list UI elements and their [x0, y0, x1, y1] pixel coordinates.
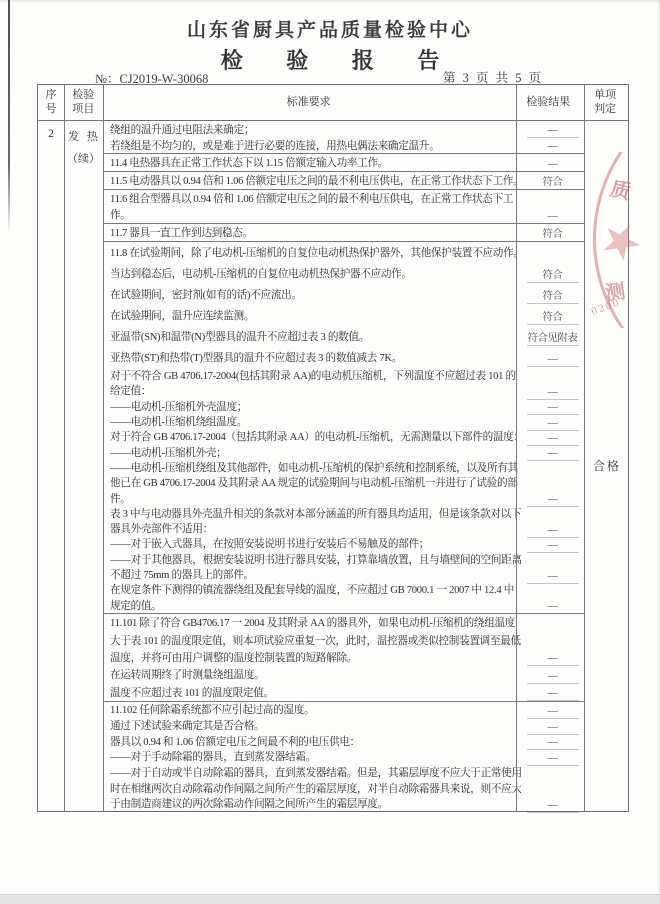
inspection-item-continued: （续）	[64, 144, 103, 166]
requirement-line: 表 3 中与电动器具外壳温升相关的条款对本部分涵盖的所有器具均适用，但是该条款对…	[103, 506, 584, 521]
header-inspection-item-line2: 项目	[72, 103, 94, 117]
result-value: 符合	[527, 266, 579, 283]
requirement-line: 他已在 GB 4706.17-2004 及其附录 AA 规定的试验期间与电动机-…	[103, 475, 584, 490]
requirement-line: 11.7 器具一直工作到达到稳态。符合	[103, 224, 584, 241]
requirement-text: 亚温带(SN)和温带(N)型器具的温升不应超过表 3 的数值。	[103, 329, 521, 344]
requirement-line: 11.6 组合型器具以 0.94 倍和 1.06 倍额定电压之间的最不利电压供电…	[103, 190, 584, 207]
requirement-text: 在规定条件下测得的镇流器绕组及配套导线的温度，不应超过 GB 7000.1 一 …	[103, 582, 521, 597]
result-value: 符合见附表	[527, 329, 579, 346]
requirement-line: 温度，并将可由用户调整的温度控制装置的短路解除。—	[103, 649, 584, 666]
result-value: 符合	[527, 173, 579, 190]
requirement-text: 绕组的温升通过电阻法来确定；	[103, 122, 521, 137]
requirement-text: 11.7 器具一直工作到达到稳态。	[103, 225, 521, 240]
result-cell	[521, 190, 584, 207]
header-standard-requirement: 标准要求	[103, 85, 515, 120]
result-value: 符合	[527, 225, 579, 242]
requirement-block: 11.4 电热器具在正常工作状态下以 1.15 倍额定输入功率工作。—	[103, 154, 584, 172]
requirement-text: 11.101 除了符合 GB4706.17 一 2004 及其附录 AA 的器具…	[103, 615, 521, 630]
result-value	[527, 516, 579, 517]
result-cell: 符合	[521, 286, 584, 304]
header-item-verdict: 单项 判定	[582, 85, 628, 120]
result-value	[527, 379, 579, 380]
requirement-text: 规定的值。	[103, 598, 521, 613]
requirement-line: 11.101 除了符合 GB4706.17 一 2004 及其附录 AA 的器具…	[103, 614, 584, 631]
requirement-line: 11.102 任何除霜系统都不应引起过高的湿度。—	[103, 702, 584, 718]
result-cell: 符合	[521, 172, 584, 190]
result-cell: —	[521, 795, 584, 813]
requirement-line: 对于不符合 GB 4706.17-2004(包括其附录 AA)的电动机压缩机，下…	[103, 368, 584, 383]
requirement-line: ——电动机-压缩机绕组温度。—	[103, 414, 584, 429]
requirement-line: 时在相继两次自动除霜动作间隔之间所产生的霜层厚度，对半自动除霜器具来说，则不应大	[103, 780, 584, 796]
inspection-table: 序 号 检验 项目 标准要求 检验结果 单项 判定 2 发 热 （续）	[37, 84, 629, 812]
result-value	[527, 776, 579, 777]
requirement-block: 绕组的温升通过电阻法来确定；—若绕组是不均匀的，或是难于进行必要的连接，用热电偶…	[103, 121, 584, 154]
requirement-text: 对于不符合 GB 4706.17-2004(包括其附录 AA)的电动机压缩机，下…	[103, 368, 521, 383]
scanned-report-page: 山东省厨具产品质量检验中心 检 验 报 告 №：CJ2019-W-30068 第…	[0, 0, 660, 904]
requirement-line: 器具以 0.94 和 1.06 倍额定电压之间最不利的电压供电：—	[103, 733, 584, 749]
requirement-text: 若绕组是不均匀的，或是难于进行必要的连接，用热电偶法来确定温升。	[103, 138, 521, 153]
result-cell	[521, 614, 584, 632]
header-inspection-result: 检验结果	[514, 85, 582, 120]
requirement-block: 11.7 器具一直工作到达到稳态。符合	[103, 224, 584, 242]
inspection-item-name: 发 热	[64, 121, 103, 144]
requirement-text: 对于符合 GB 4706.17-2004（包括其附录 AA）的电动机-压缩机，无…	[103, 429, 521, 444]
requirement-line: 在试验期间，密封剂(如有的话)不应流出。符合	[103, 284, 584, 305]
requirement-line: 通过下述试验来确定其是否合格。—	[103, 718, 584, 734]
requirement-text: 不超过 75mm 的器具上的部件。	[103, 567, 521, 582]
serial-no-cell: 2	[38, 121, 64, 140]
requirement-line: 对于符合 GB 4706.17-2004（包括其附录 AA）的电动机-压缩机，无…	[103, 429, 584, 444]
requirement-text: 在试验期间，温升应连续监测。	[103, 308, 521, 323]
requirement-text: 11.5 电动器具以 0.94 倍和 1.06 倍额定电压之间的最不利电压供电，…	[103, 173, 521, 188]
result-cell: —	[521, 666, 584, 684]
header-inspection-item: 检验 项目	[64, 85, 103, 120]
table-body: 2 发 热 （续） 绕组的温升通过电阻法来确定；—若绕组是不均匀的，或是难于进行…	[38, 121, 628, 813]
result-cell: —	[521, 154, 584, 172]
header-item-verdict-line1: 单项	[594, 89, 616, 103]
result-value	[527, 643, 579, 644]
header-inspection-item-line1: 检验	[72, 89, 94, 103]
requirement-line: ——对于嵌入式器具，在按照安装说明书进行安装后不易触及的部件；—	[103, 536, 584, 551]
result-cell: —	[521, 648, 584, 666]
requirement-text: 器具以 0.94 和 1.06 倍额定电压之间最不利的电压供电：	[103, 734, 521, 749]
requirement-block: 对于不符合 GB 4706.17-2004(包括其附录 AA)的电动机压缩机，下…	[103, 368, 584, 614]
header-serial-no: 序 号	[38, 85, 64, 120]
requirement-line: 若绕组是不均匀的，或是难于进行必要的连接，用热电偶法来确定温升。—	[103, 137, 584, 153]
requirement-text: 大于表 101 的温度限定值，则本项试验应重复一次，此时，温控器或类似控制装置调…	[103, 633, 521, 648]
requirement-line: 不超过 75mm 的器具上的部件。—	[103, 567, 584, 582]
requirement-line: ——电动机-压缩机绕组及其他部件，如电动机-压缩机的保护系统和控制系统，以及所有…	[103, 460, 584, 475]
result-value	[527, 791, 579, 792]
requirement-text: 11.6 组合型器具以 0.94 倍和 1.06 倍额定电压之间的最不利电压供电…	[103, 191, 521, 206]
requirement-block: 11.8 在试验期间，除了电动机-压缩机的自复位电动机热保护器外，其他保护装置不…	[103, 242, 584, 368]
requirement-text: ——对于自动或半自动除霜的器具，直到蒸发器结霜。但是，其霜层厚度不应大于正常使用	[103, 765, 521, 780]
header-item-verdict-line2: 判定	[594, 103, 616, 117]
result-cell: —	[521, 136, 584, 154]
requirement-line: 件。—	[103, 490, 584, 505]
scan-edge-bottom	[0, 894, 660, 904]
requirement-line: 亚热带(ST)和热带(T)型器具的温升不应超过表 3 的数值减去 7K。—	[103, 347, 584, 368]
requirement-line: 于由制造商建议的两次除霜动作间隔之间所产生的霜层厚度。—	[103, 796, 584, 812]
requirements-and-results: 绕组的温升通过电阻法来确定；—若绕组是不均匀的，或是难于进行必要的连接，用热电偶…	[103, 121, 584, 813]
requirement-block: 11.102 任何除霜系统都不应引起过高的湿度。—通过下述试验来确定其是否合格。…	[103, 702, 584, 813]
requirement-text: 在试验期间，密封剂(如有的话)不应流出。	[103, 287, 521, 302]
requirement-text: 温度，并将可由用户调整的温度控制装置的短路解除。	[103, 650, 521, 665]
requirement-text: ——对于手动除霜的器具，直到蒸发器结霜。	[103, 749, 521, 764]
result-value: —	[527, 688, 579, 701]
requirement-line: 当达到稳态后，电动机-压缩机的自复位电动机热保护器不应动作。符合	[103, 263, 584, 284]
requirement-line: 规定的值。—	[103, 597, 584, 612]
requirement-line: 在试验期间，温升应连续监测。符合	[103, 305, 584, 326]
result-value: —	[527, 601, 579, 614]
header-serial-no-line1: 序	[45, 89, 56, 103]
result-value: 符合	[527, 308, 579, 325]
result-value: —	[527, 141, 579, 154]
table-header-row: 序 号 检验 项目 标准要求 检验结果 单项 判定	[38, 85, 628, 121]
requirement-text: 在运转周期终了时测量绕组温度。	[103, 667, 521, 682]
result-cell	[521, 244, 584, 262]
result-value	[527, 470, 579, 471]
header-inspection-result-label: 检验结果	[526, 96, 570, 110]
result-value: —	[527, 159, 579, 172]
requirement-line: 大于表 101 的温度限定值，则本项试验应重复一次，此时，温控器或类似控制装置调…	[103, 631, 584, 648]
result-value: —	[527, 354, 579, 367]
requirement-line: ——电动机-压缩机外壳；—	[103, 444, 584, 459]
requirement-text: 11.8 在试验期间，除了电动机-压缩机的自复位电动机热保护器外，其他保护装置不…	[103, 245, 521, 260]
requirement-text: 通过下述试验来确定其是否合格。	[103, 718, 521, 733]
requirement-text: ——对于嵌入式器具，在按照安装说明书进行安装后不易触及的部件；	[103, 536, 521, 551]
requirement-text: 时在相继两次自动除霜动作间隔之间所产生的霜层厚度，对半自动除霜器具来说，则不应大	[103, 781, 521, 796]
inspection-item-cell: 发 热 （续）	[64, 121, 103, 166]
requirement-text: 给定值：	[103, 383, 521, 398]
column-divider	[64, 85, 65, 811]
result-value: —	[527, 653, 579, 666]
column-divider	[516, 85, 517, 811]
requirement-line: 亚温带(SN)和温带(N)型器具的温升不应超过表 3 的数值。符合见附表	[103, 326, 584, 347]
result-cell: —	[521, 683, 584, 701]
result-value	[527, 593, 579, 594]
result-cell: 符合	[521, 265, 584, 283]
result-value: —	[527, 671, 579, 684]
result-value	[527, 562, 579, 563]
requirement-line: 作。—	[103, 207, 584, 224]
requirement-line: ——对于手动除霜的器具，直到蒸发器结霜。—	[103, 749, 584, 765]
requirement-text: 表 3 中与电动器具外壳温升相关的条款对本部分涵盖的所有器具均适用，但是该条款对…	[103, 506, 521, 521]
requirement-text: 他已在 GB 4706.17-2004 及其附录 AA 规定的试验期间与电动机-…	[103, 475, 521, 490]
result-cell: —	[521, 206, 584, 224]
requirement-text: ——电动机-压缩机外壳温度；	[103, 399, 521, 414]
requirement-text: ——电动机-压缩机外壳；	[103, 445, 521, 460]
result-cell: 符合见附表	[521, 328, 584, 346]
requirement-text: 温度不应超过表 101 的温度限定值。	[103, 685, 521, 700]
requirement-text: 亚热带(ST)和热带(T)型器具的温升不应超过表 3 的数值减去 7K。	[103, 350, 521, 365]
requirement-text: 11.102 任何除霜系统都不应引起过高的湿度。	[103, 702, 521, 717]
requirement-line: 11.5 电动器具以 0.94 倍和 1.06 倍额定电压之间的最不利电压供电，…	[103, 172, 584, 189]
item-verdict-cell: 合格	[584, 121, 630, 813]
result-cell: —	[521, 349, 584, 367]
org-title: 山东省厨具产品质量检验中心	[0, 15, 660, 42]
requirement-text: ——电动机-压缩机绕组温度。	[103, 414, 521, 429]
requirement-text: 作。	[103, 207, 521, 222]
requirement-line: ——对于自动或半自动除霜的器具，直到蒸发器结霜。但是，其霜层厚度不应大于正常使用	[103, 765, 584, 781]
requirement-block: 11.6 组合型器具以 0.94 倍和 1.06 倍额定电压之间的最不利电压供电…	[103, 190, 584, 224]
result-cell: 符合	[521, 307, 584, 325]
requirement-line: 在规定条件下测得的镇流器绕组及配套导线的温度，不应超过 GB 7000.1 一 …	[103, 582, 584, 597]
result-cell	[521, 631, 584, 649]
requirement-text: 于由制造商建议的两次除霜动作间隔之间所产生的霜层厚度。	[103, 796, 521, 811]
result-value	[527, 256, 579, 257]
column-divider	[103, 85, 104, 811]
requirement-line: 绕组的温升通过电阻法来确定；—	[103, 121, 584, 137]
requirement-block: 11.5 电动器具以 0.94 倍和 1.06 倍额定电压之间的最不利电压供电，…	[103, 172, 584, 190]
result-value: 符合	[527, 287, 579, 304]
header-standard-requirement-label: 标准要求	[287, 96, 331, 110]
result-cell: 符合	[521, 224, 584, 242]
result-cell: —	[521, 596, 584, 614]
requirement-line: ——对于其他器具，根据安装说明书进行器具安装，打算靠墙放置，且与墙壁间的空间距离	[103, 552, 584, 567]
result-value: —	[527, 800, 579, 813]
requirement-text: 件。	[103, 491, 521, 506]
requirement-text: 11.4 电热器具在正常工作状态下以 1.15 倍额定输入功率工作。	[103, 155, 521, 170]
requirement-text: 当达到稳态后，电动机-压缩机的自复位电动机热保护器不应动作。	[103, 266, 521, 281]
requirement-line: 温度不应超过表 101 的温度限定值。—	[103, 684, 584, 701]
header-serial-no-line2: 号	[45, 103, 56, 117]
requirement-text: ——电动机-压缩机绕组及其他部件，如电动机-压缩机的保护系统和控制系统，以及所有…	[103, 460, 521, 475]
requirement-line: 在运转周期终了时测量绕组温度。—	[103, 666, 584, 683]
requirement-line: 器具外壳部件不适用：—	[103, 521, 584, 536]
scan-edge-top	[0, 0, 660, 2]
result-value: —	[527, 211, 579, 224]
result-value	[527, 626, 579, 627]
requirement-text: ——对于其他器具，根据安装说明书进行器具安装，打算靠墙放置，且与墙壁间的空间距离	[103, 552, 521, 567]
requirement-text: 器具外壳部件不适用：	[103, 521, 521, 536]
result-value	[527, 201, 579, 202]
requirement-line: 11.4 电热器具在正常工作状态下以 1.15 倍额定输入功率工作。—	[103, 154, 584, 171]
requirement-line: 11.8 在试验期间，除了电动机-压缩机的自复位电动机热保护器外，其他保护装置不…	[103, 242, 584, 263]
column-divider	[584, 85, 585, 811]
requirement-line: ——电动机-压缩机外壳温度；—	[103, 399, 584, 414]
requirement-line: 给定值：—	[103, 383, 584, 398]
result-value	[527, 486, 579, 487]
requirement-block: 11.101 除了符合 GB4706.17 一 2004 及其附录 AA 的器具…	[103, 614, 584, 702]
